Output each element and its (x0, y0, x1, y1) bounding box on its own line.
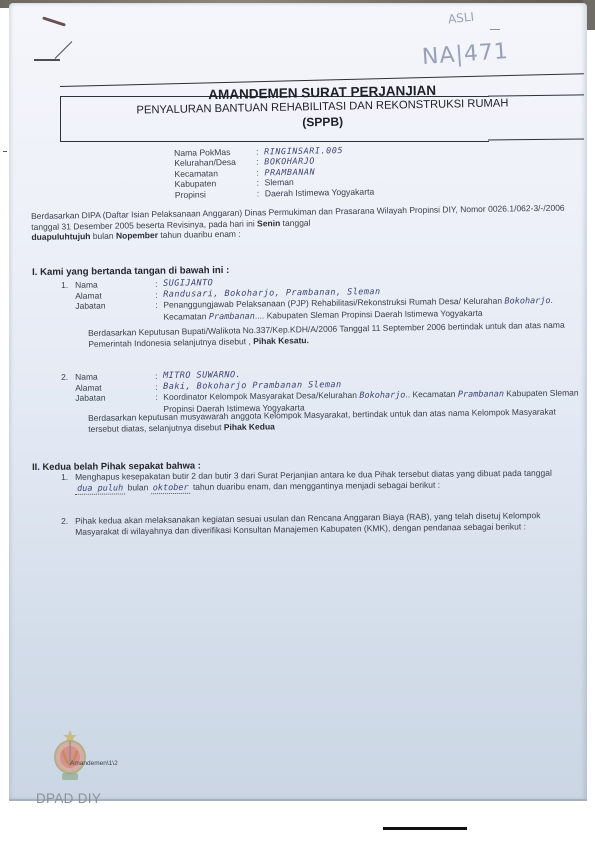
party-role-label: Pihak Kedua (224, 421, 275, 432)
colon: : (155, 381, 163, 392)
intro-month: Nopember (116, 230, 158, 241)
colon: : (256, 157, 264, 167)
spacer (61, 382, 75, 393)
diy-coat-of-arms-icon (50, 729, 90, 785)
info-value: Sleman (265, 177, 294, 188)
position-text: Koordinator Kelompok Masyarakat Desa/Kel… (163, 390, 359, 402)
file-label: Amandemen\1\2 (70, 760, 118, 767)
party-number: 1. (61, 280, 75, 291)
pokmas-info-block: Nama PokMas : RINGINSARI.005 Kelurahan/D… (174, 143, 475, 200)
pen-check-mark (34, 59, 60, 61)
colon: : (155, 289, 163, 300)
agreement-item-1: 1. Menghapus kesepakatan butir 2 dan but… (61, 468, 555, 495)
intro-date: duapuluhtujuh (31, 231, 90, 242)
party-label: Jabatan (75, 300, 155, 324)
asli-annotation: ASLI (447, 10, 474, 27)
intro-text: tanggal (280, 217, 310, 227)
party-role-label: Pihak Kesatu. (253, 335, 309, 346)
colon: : (155, 300, 163, 323)
colon: : (256, 167, 264, 177)
scan-footer-bar (383, 827, 467, 830)
info-label: Propinsi (175, 188, 257, 199)
item-date-handwritten: dua puluh (75, 483, 125, 494)
position-text: .. Kecamatan (405, 389, 458, 400)
info-value-handwritten: RINGINSARI.005 (264, 145, 343, 156)
position-district-handwritten: Prambanan (458, 389, 504, 399)
party-number: 2. (61, 372, 75, 383)
colon: : (155, 392, 163, 414)
spacer (61, 290, 75, 301)
item-text: Menghapus kesepakatan butir 2 dan butir … (75, 468, 555, 495)
position-village-handwritten: Bokoharjo (504, 296, 550, 307)
info-value-handwritten: PRAMBANAN (264, 166, 315, 177)
spacer (61, 301, 75, 324)
colon: : (257, 178, 265, 188)
intro-text: tahun duaribu enam : (158, 229, 241, 240)
item-month-handwritten: oktober (151, 483, 191, 494)
section-1-heading: I. Kami yang bertanda tangan di bawah in… (32, 266, 229, 279)
info-value-handwritten: BOKOHARJO (264, 156, 315, 167)
colon: : (257, 188, 265, 198)
item-text-part: tahun duaribu enam, dan menggantinya men… (191, 479, 441, 491)
intro-day: Senin (257, 218, 280, 228)
item-text-part: bulan (125, 482, 151, 492)
party-1-block: 1. Nama : SUGIJANTO Alamat : Randusari, … (61, 274, 593, 324)
position-district-handwritten: Prambanan (209, 311, 255, 322)
colon: : (155, 371, 163, 382)
item-number: 1. (61, 472, 75, 495)
position-text: .... Kabupaten Sleman Propinsi Daerah Is… (255, 307, 483, 320)
intro-text: bulan (90, 231, 116, 241)
watermark-brand: DPAD DIY (36, 791, 101, 806)
info-value: Daerah Istimewa Yogyakarta (265, 186, 375, 198)
position-village-handwritten: Bokoharjo (359, 390, 405, 400)
margin-mark (3, 151, 7, 152)
pencil-dash (490, 29, 500, 30)
colon: : (155, 279, 163, 290)
item-number: 2. (61, 516, 75, 538)
spacer (61, 393, 75, 415)
colon: : (256, 146, 264, 156)
